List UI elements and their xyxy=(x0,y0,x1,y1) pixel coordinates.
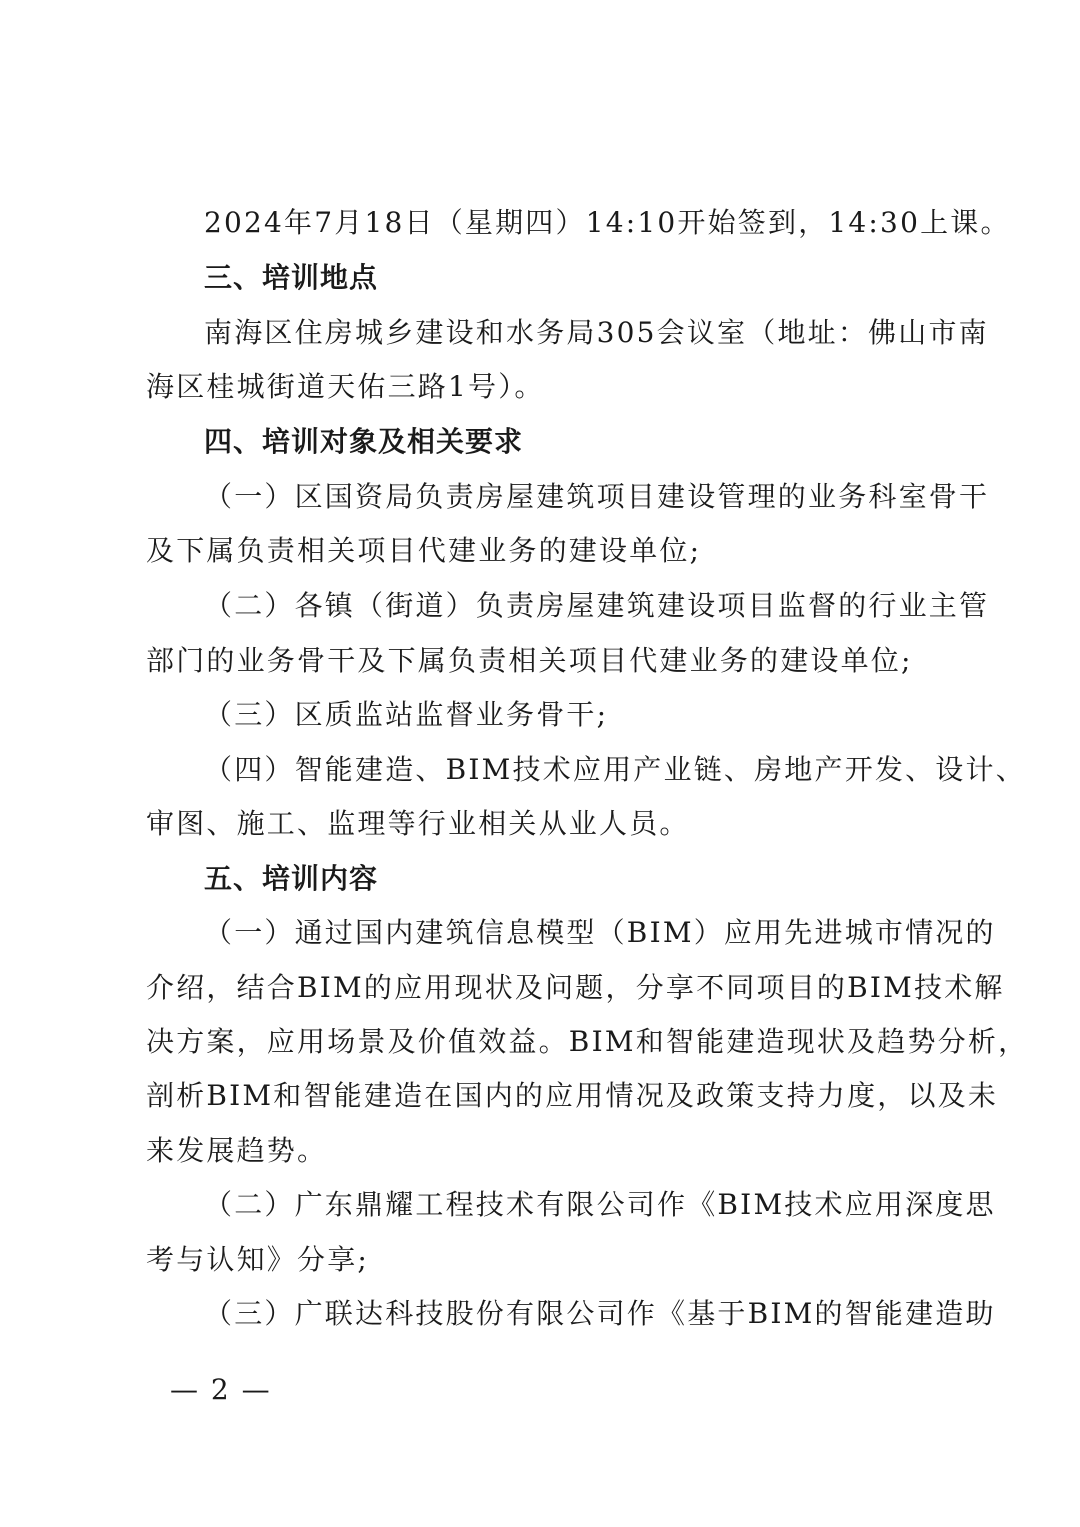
audience-item-1-line-1: （一）区国资局负责房屋建筑项目建设管理的业务科室骨干 xyxy=(204,479,942,515)
audience-item-2-line-2: 部门的业务骨干及下属负责相关项目代建业务的建设单位; xyxy=(146,643,942,679)
section-heading-audience: 四、培训对象及相关要求 xyxy=(204,424,942,460)
content-item-1-line-5: 来发展趋势。 xyxy=(146,1133,942,1169)
content-item-1-line-2: 介绍，结合BIM的应用现状及问题，分享不同项目的BIM技术解 xyxy=(146,970,942,1006)
location-line-1: 南海区住房城乡建设和水务局305会议室（地址：佛山市南 xyxy=(204,315,942,351)
audience-item-4-line-2: 审图、施工、监理等行业相关从业人员。 xyxy=(146,806,942,842)
content-item-1-line-1: （一）通过国内建筑信息模型（BIM）应用先进城市情况的 xyxy=(204,915,942,951)
section-heading-location: 三、培训地点 xyxy=(204,260,942,296)
audience-item-3: （三）区质监站监督业务骨干; xyxy=(204,697,942,733)
location-line-2: 海区桂城街道天佑三路1号）。 xyxy=(146,369,942,405)
audience-item-2-line-1: （二）各镇（街道）负责房屋建筑建设项目监督的行业主管 xyxy=(204,588,942,624)
audience-item-1-line-2: 及下属负责相关项目代建业务的建设单位; xyxy=(146,533,942,569)
audience-item-4-line-1: （四）智能建造、BIM技术应用产业链、房地产开发、设计、 xyxy=(204,752,942,788)
document-page: 2024年7月18日（星期四）14:10开始签到，14:30上课。 三、培训地点… xyxy=(0,0,1080,1527)
content-item-1-line-4: 剖析BIM和智能建造在国内的应用情况及政策支持力度，以及未 xyxy=(146,1078,942,1114)
section-heading-content: 五、培训内容 xyxy=(204,861,942,897)
content-item-2-line-1: （二）广东鼎耀工程技术有限公司作《BIM技术应用深度思 xyxy=(204,1187,942,1223)
page-number: — 2 — xyxy=(170,1372,272,1408)
content-item-3-line-1: （三）广联达科技股份有限公司作《基于BIM的智能建造助 xyxy=(204,1296,942,1332)
content-item-1-line-3: 决方案，应用场景及价值效益。BIM和智能建造现状及趋势分析， xyxy=(146,1024,942,1060)
schedule-line: 2024年7月18日（星期四）14:10开始签到，14:30上课。 xyxy=(204,205,942,241)
content-item-2-line-2: 考与认知》分享; xyxy=(146,1242,942,1278)
